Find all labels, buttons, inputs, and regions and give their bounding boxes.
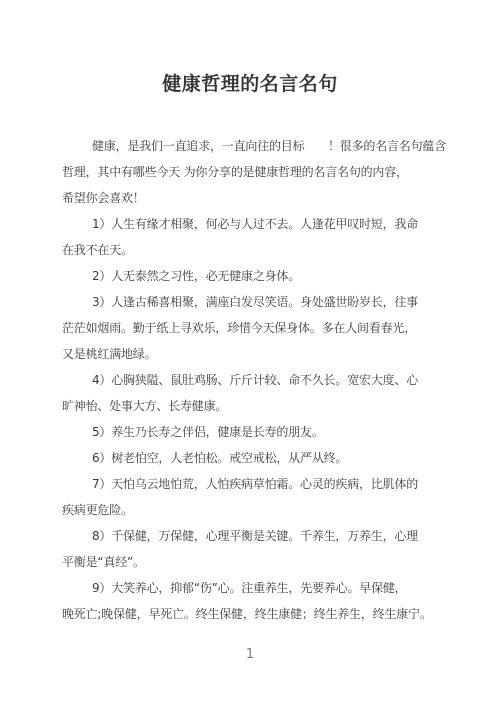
quote-paragraph-1: 1）人生有缘才相聚，何必与人过不去。人逢花甲叹时短，我命 在我不在天。 (62, 211, 470, 263)
text-line: 3）人逢古稀喜相聚，满座白发尽笑语。身处盛世盼岁长，往事 (62, 289, 470, 315)
text-line: 疾病更危险。 (62, 497, 470, 523)
text-line: 希望你会喜欢！ (62, 185, 470, 211)
text-line: 4）心胸狭隘、鼠肚鸡肠、斤斤计较、命不久长。宽宏大度、心 (62, 367, 470, 393)
text-line: 茫茫如烟雨。勤于纸上寻欢乐，珍惜今天保身体。多在人间看春光， (62, 315, 470, 341)
text-line: 旷神怡、处事大方、长寿健康。 (62, 393, 470, 419)
text-line: 7）天怕乌云地怕荒，人怕疾病草怕霜。心灵的疾病，比肌体的 (62, 471, 470, 497)
text-line: 1）人生有缘才相聚，何必与人过不去。人逢花甲叹时短，我命 (62, 211, 470, 237)
text-line: 晚死亡;晚保健，早死亡。终生保健，终生康健；终生养生，终生康宁。 (62, 601, 470, 627)
text-line: 5）养生乃长寿之伴侣，健康是长寿的朋友。 (62, 419, 470, 445)
page-number: 1 (0, 646, 500, 664)
text-line: 9）大笑养心，抑郁“伤”心。注重养生，先要养心。早保健， (62, 575, 470, 601)
text-line: 在我不在天。 (62, 237, 470, 263)
text-line: 2）人无泰然之习性，必无健康之身体。 (62, 263, 470, 289)
quote-paragraph-3: 3）人逢古稀喜相聚，满座白发尽笑语。身处盛世盼岁长，往事 茫茫如烟雨。勤于纸上寻… (62, 289, 470, 367)
quote-paragraph-5: 5）养生乃长寿之伴侣，健康是长寿的朋友。 (62, 419, 470, 445)
text-line: 哲理，其中有哪些今天 为你分享的是健康哲理的名言名句的内容， (62, 159, 470, 185)
quote-paragraph-7: 7）天怕乌云地怕荒，人怕疾病草怕霜。心灵的疾病，比肌体的 疾病更危险。 (62, 471, 470, 523)
quote-paragraph-4: 4）心胸狭隘、鼠肚鸡肠、斤斤计较、命不久长。宽宏大度、心 旷神怡、处事大方、长寿… (62, 367, 470, 419)
text-line: 平衡是“真经”。 (62, 549, 470, 575)
document-title: 健康哲理的名言名句 (0, 69, 500, 99)
quote-paragraph-8: 8）千保健，万保健，心理平衡是关键。千养生，万养生，心理 平衡是“真经”。 (62, 523, 470, 575)
document-body: 健康，是我们一直追求，一直向往的目标 ！很多的名言名句蕴含 哲理，其中有哪些今天… (62, 133, 470, 627)
document-page: 健康哲理的名言名句 健康，是我们一直追求，一直向往的目标 ！很多的名言名句蕴含 … (0, 0, 500, 708)
intro-paragraph: 健康，是我们一直追求，一直向往的目标 ！很多的名言名句蕴含 哲理，其中有哪些今天… (62, 133, 470, 211)
text-line: 又是桃红满地绿。 (62, 341, 470, 367)
quote-paragraph-9: 9）大笑养心，抑郁“伤”心。注重养生，先要养心。早保健， 晚死亡;晚保健，早死亡… (62, 575, 470, 627)
text-line: 6）树老怕空，人老怕松。戒空戒松，从严从终。 (62, 445, 470, 471)
text-line: 8）千保健，万保健，心理平衡是关键。千养生，万养生，心理 (62, 523, 470, 549)
quote-paragraph-2: 2）人无泰然之习性，必无健康之身体。 (62, 263, 470, 289)
quote-paragraph-6: 6）树老怕空，人老怕松。戒空戒松，从严从终。 (62, 445, 470, 471)
text-line: 健康，是我们一直追求，一直向往的目标 ！很多的名言名句蕴含 (62, 133, 470, 159)
